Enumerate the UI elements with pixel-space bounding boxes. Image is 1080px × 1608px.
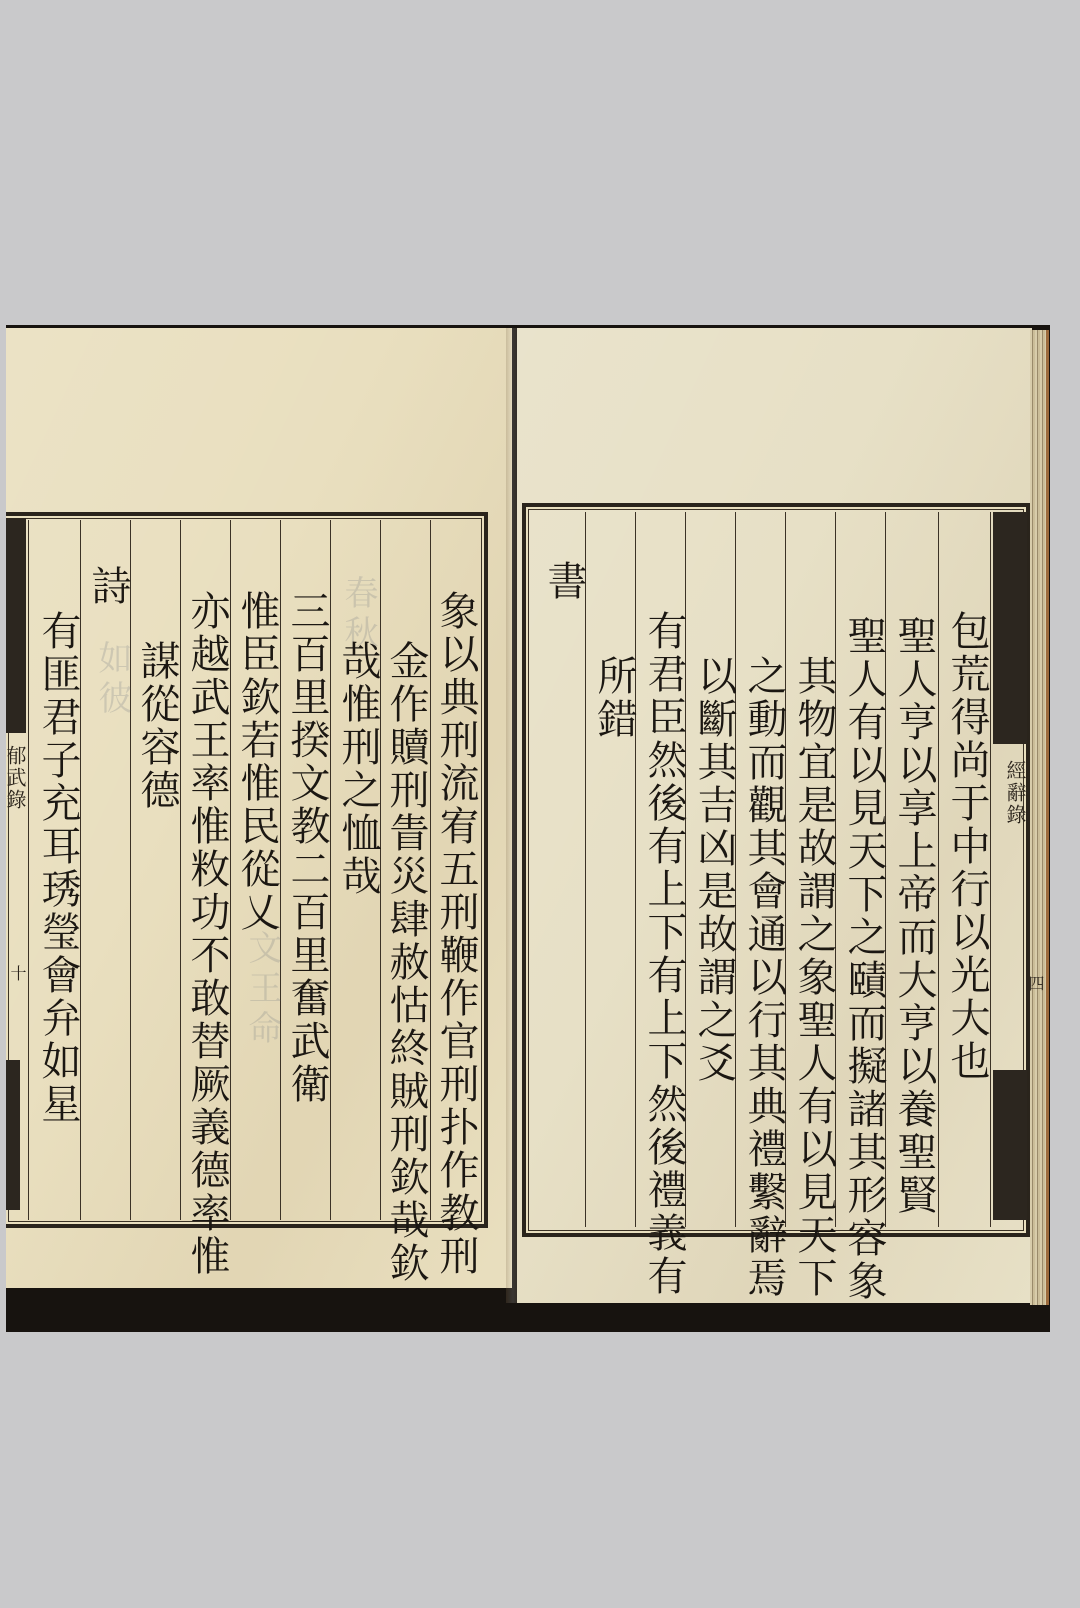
right-col-1: 包荒得尚于中行以光大也 xyxy=(943,610,991,1083)
left-rule xyxy=(130,520,131,1220)
right-col-2: 聖人亨以享上帝而大亨以養聖賢 xyxy=(890,615,938,1217)
right-spine-title: 經辭錄 xyxy=(1004,760,1026,826)
right-col-8: 所錯 xyxy=(590,655,638,741)
right-spine-page-number: 四 xyxy=(1024,975,1047,991)
right-col-6: 以斷其吉凶是故謂之爻 xyxy=(690,655,738,1085)
left-spine-fishtail-top xyxy=(6,518,26,733)
left-col-2: 金作贖刑眚災肆赦怙終賊刑欽哉欽 xyxy=(382,640,430,1285)
left-section-heading-shi: 詩 xyxy=(84,565,132,608)
page-edges xyxy=(1030,330,1049,1305)
show-through-text: 文王命 xyxy=(240,930,284,1050)
right-col-4: 其物宜是故謂之象聖人有以見天下 xyxy=(790,655,838,1300)
right-spine-fishtail-bottom xyxy=(993,1070,1027,1220)
left-rule xyxy=(180,520,181,1220)
left-col-6: 亦越武王率惟敉功不敢替厥義德率惟 xyxy=(183,590,231,1278)
right-col-3: 聖人有以見天下之賾而擬諸其形容象 xyxy=(840,615,888,1303)
left-col-1: 象以典刑流宥五刑鞭作官刑扑作教刑 xyxy=(432,590,480,1278)
show-through-text: 如彼 xyxy=(90,640,134,720)
right-rule xyxy=(635,512,636,1227)
right-rule xyxy=(938,512,939,1227)
right-section-heading-shu: 書 xyxy=(540,560,588,603)
left-col-3: 哉惟刑之恤哉 xyxy=(334,640,382,898)
right-col-7: 有君臣然後有上下有上下然後禮義有 xyxy=(640,610,688,1298)
left-col-5: 惟臣欽若惟民從乂 xyxy=(233,590,281,934)
left-rule xyxy=(28,520,29,1220)
left-spine-title: 郁武錄 xyxy=(4,745,26,811)
left-col-9: 有匪君子充耳琇瑩會弁如星 xyxy=(34,610,82,1126)
left-rule xyxy=(430,520,431,1220)
right-spine-fishtail-top xyxy=(993,512,1027,744)
left-spine-page-number: 十 xyxy=(6,965,29,981)
right-rule xyxy=(585,512,586,1227)
left-col-4: 三百里揆文教二百里奮武衛 xyxy=(283,590,331,1106)
left-col-7: 謀從容德 xyxy=(133,640,181,812)
right-col-5: 之動而觀其會通以行其典禮繫辭焉 xyxy=(740,655,788,1300)
left-spine-fishtail-bottom xyxy=(6,1060,20,1210)
